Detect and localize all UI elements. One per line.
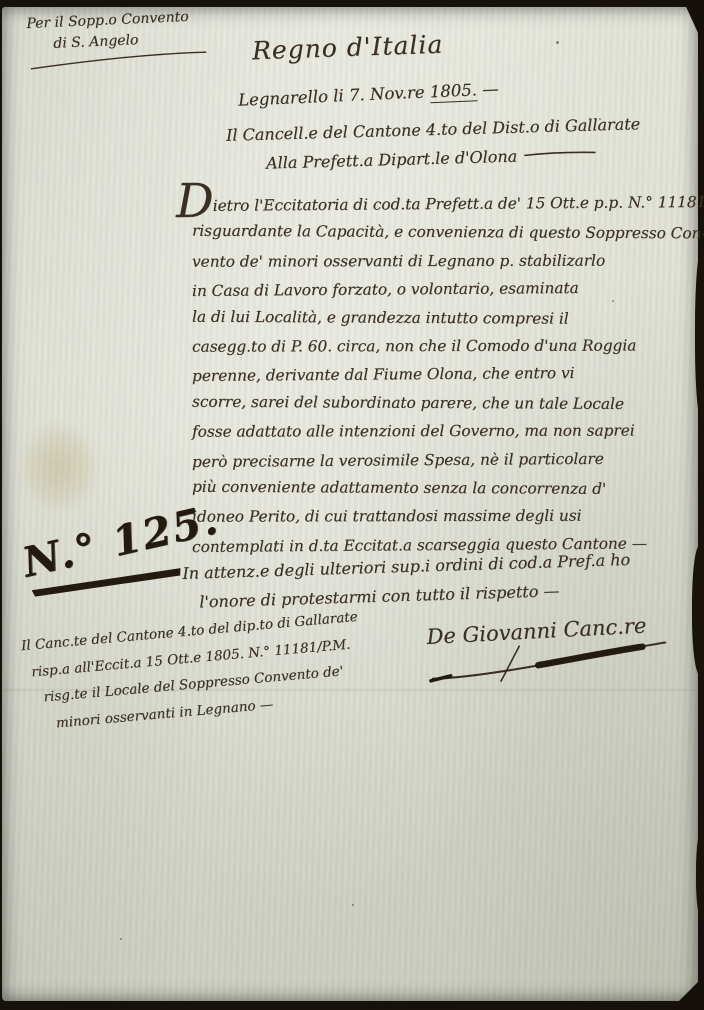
dateline-dash: — [477,79,500,99]
body-line: fosse adattato alle intenzioni del Gover… [192,417,697,447]
ink-stain [20,424,98,512]
body-line: però precisarne la verosimile Spesa, nè … [192,444,697,476]
body-line: idoneo Perito, di cui trattandosi massim… [192,502,697,532]
dateline-year: 1805. [429,80,477,103]
body-line: casegg.to di P. 60. circa, non che il Co… [192,331,697,361]
deckle-edge [696,830,704,920]
body-line: perenne, derivante dal Fiume Olona, che … [192,358,697,390]
deckle-edge [692,545,704,675]
manuscript-photo: Per il Sopp.o Convento di S. Angelo Regn… [0,0,704,1010]
body-line: Dietro l'Eccitatoria di cod.ta Prefett.a… [192,188,697,220]
body-line: vento de' minori osservanti di Legnano p… [192,246,697,276]
body-line: scorre, sarei del subordinato parere, ch… [192,388,697,419]
body-line: più conveniente adattamento senza la con… [192,473,697,504]
deckle-edge [695,250,704,420]
ink-speck [352,904,354,906]
letter-body: Dietro l'Eccitatoria di cod.ta Prefett.a… [192,190,697,559]
body-line-text: ietro l'Eccitatoria di cod.ta Prefett.a … [213,193,704,215]
body-line: la di lui Località, e grandezza intutto … [192,302,697,333]
signature: De Giovanni Canc.re [426,612,671,687]
ink-speck [556,41,559,44]
body-line: in Casa di Lavoro forzato, o volontario,… [192,273,697,305]
flourish-dash [523,148,597,158]
ink-speck [120,938,122,940]
body-line: risguardante la Capacità, e convenienza … [192,217,697,248]
archival-note-top-left: Per il Sopp.o Convento di S. Angelo [26,6,210,72]
